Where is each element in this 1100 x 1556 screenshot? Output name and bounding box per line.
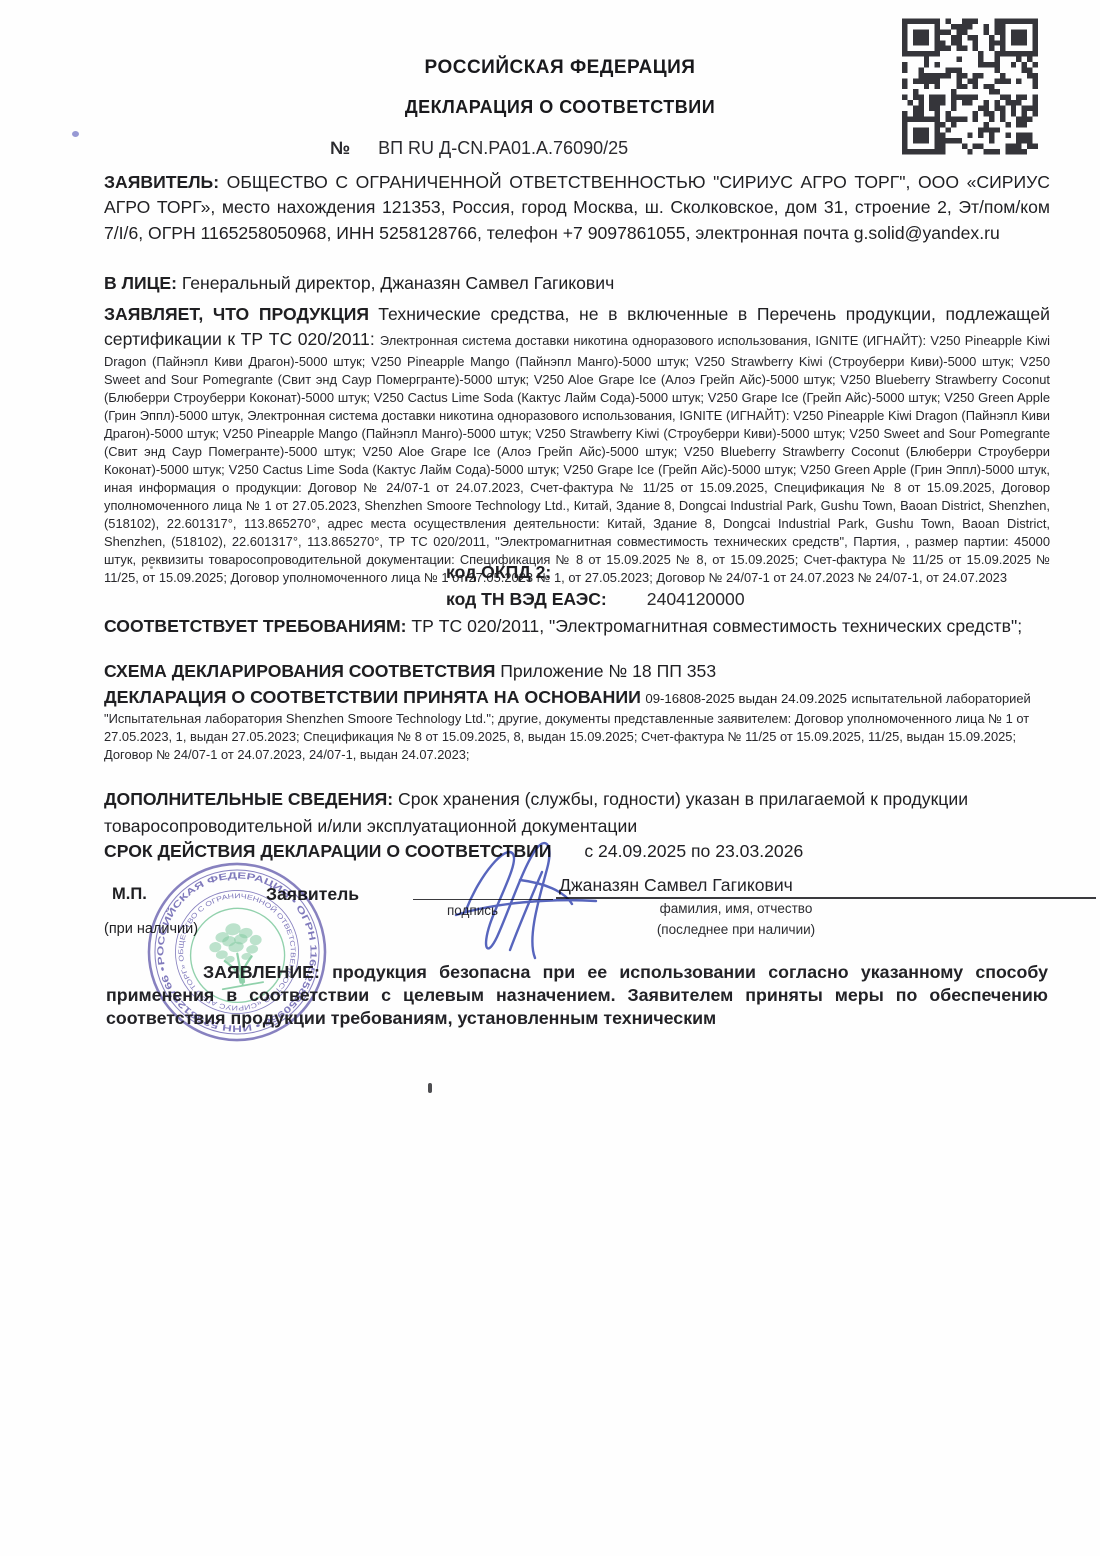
declaration-number: ВП RU Д-CN.РА01.А.76090/25 <box>378 138 628 158</box>
product-details: Электронная система доставки никотина од… <box>104 333 1050 584</box>
basis-label: ДЕКЛАРАЦИЯ О СООТВЕТСТВИИ ПРИНЯТА НА ОСН… <box>104 687 641 707</box>
country-heading: РОССИЙСКАЯ ФЕДЕРАЦИЯ <box>100 57 1020 79</box>
tnved-label: код ТН ВЭД ЕАЭС: <box>446 589 607 609</box>
compliance-text: ТР ТС 020/2011, "Электромагнитная совмес… <box>411 616 1022 636</box>
product-label: ЗАЯВЛЯЕТ, ЧТО ПРОДУКЦИЯ <box>104 304 369 324</box>
product-paragraph: ЗАЯВЛЯЕТ, ЧТО ПРОДУКЦИЯ Технические сред… <box>104 302 1050 587</box>
person-text: Генеральный директор, Джаназян Самвел Га… <box>182 273 614 293</box>
applicant-paragraph: ЗАЯВИТЕЛЬ: ОБЩЕСТВО С ОГРАНИЧЕННОЙ ОТВЕТ… <box>104 170 1050 246</box>
scheme-line: СХЕМА ДЕКЛАРИРОВАНИЯ СООТВЕТСТВИЯ Прилож… <box>104 661 1050 682</box>
number-sign: № <box>330 138 350 158</box>
person-line: В ЛИЦЕ: Генеральный директор, Джаназян С… <box>104 271 1050 296</box>
declaration-document: РОССИЙСКАЯ ФЕДЕРАЦИЯ ДЕКЛАРАЦИЯ О СООТВЕ… <box>0 0 1100 1556</box>
additional-info-paragraph: ДОПОЛНИТЕЛЬНЫЕ СВЕДЕНИЯ: Срок хранения (… <box>104 786 1050 840</box>
applicant-text: ОБЩЕСТВО С ОГРАНИЧЕННОЙ ОТВЕТСТВЕННОСТЬЮ… <box>104 172 1050 243</box>
qr-code-icon <box>902 18 1038 155</box>
compliance-paragraph: СООТВЕТСТВУЕТ ТРЕБОВАНИЯМ: ТР ТС 020/201… <box>104 613 1050 640</box>
document-title: ДЕКЛАРАЦИЯ О СООТВЕТСТВИИ <box>100 97 1020 118</box>
scheme-label: СХЕМА ДЕКЛАРИРОВАНИЯ СООТВЕТСТВИЯ <box>104 661 495 681</box>
statement-paragraph: ЗАЯВЛЕНИЕ: продукция безопасна при ее ис… <box>106 961 1048 1030</box>
declaration-number-line: №ВП RU Д-CN.РА01.А.76090/25 <box>330 138 628 159</box>
basis-ref: 09-16808-2025 выдан 24.09.2025 <box>645 691 847 706</box>
additional-label: ДОПОЛНИТЕЛЬНЫЕ СВЕДЕНИЯ: <box>104 789 393 809</box>
scan-speck <box>428 1083 432 1093</box>
ink-speck <box>72 131 79 137</box>
scheme-value: Приложение № 18 ПП 353 <box>500 661 716 681</box>
compliance-label: СООТВЕТСТВУЕТ ТРЕБОВАНИЯМ: <box>104 616 407 636</box>
okpd-code-line: код ОКПД 2: <box>446 562 551 583</box>
tnved-code-line: код ТН ВЭД ЕАЭС:2404120000 <box>446 589 745 610</box>
tnved-value: 2404120000 <box>647 589 745 609</box>
applicant-label: ЗАЯВИТЕЛЬ: <box>104 172 219 192</box>
handwritten-signature <box>452 838 670 963</box>
scan-dot <box>150 566 153 569</box>
person-label: В ЛИЦЕ: <box>104 273 177 293</box>
basis-paragraph: ДЕКЛАРАЦИЯ О СООТВЕТСТВИИ ПРИНЯТА НА ОСН… <box>104 685 1056 764</box>
statement-label: ЗАЯВЛЕНИЕ: <box>203 962 320 982</box>
